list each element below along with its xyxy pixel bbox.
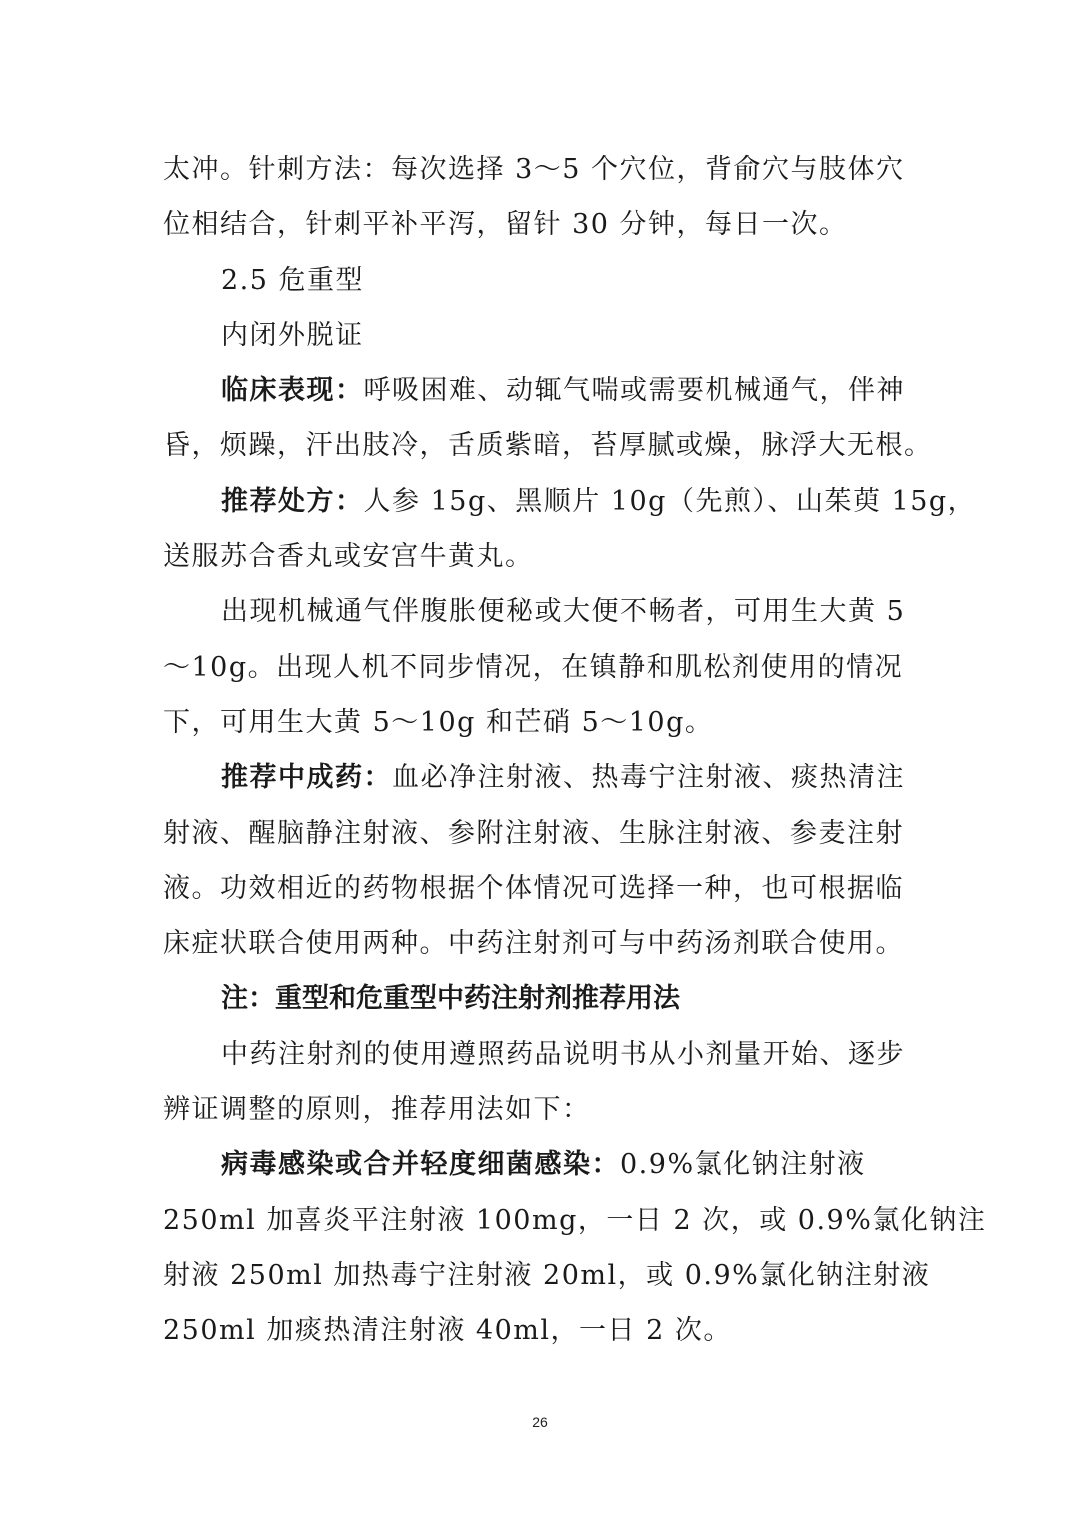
line-text: 位相结合，针刺平补平泻，留针 30 分钟，每日一次。 — [163, 209, 848, 240]
prescription-line: 推荐处方：人参 15g、黑顺片 10g（先煎）、山茱萸 15g， — [163, 474, 918, 529]
note-heading: 注：重型和危重型中药注射剂推荐用法 — [163, 971, 918, 1026]
body-line-14: 液。功效相近的药物根据个体情况可选择一种，也可根据临 — [163, 861, 918, 916]
section-title: 2.5 危重型 — [221, 265, 364, 296]
body-line-18: 辨证调整的原则，推荐用法如下： — [163, 1082, 918, 1137]
page-number: 26 — [0, 1414, 1080, 1430]
body-line-6: 昏，烦躁，汗出肢冷，舌质紫暗，苔厚腻或燥，脉浮大无根。 — [163, 418, 918, 473]
prescription-label: 推荐处方： — [221, 486, 364, 517]
body-line-22: 250ml 加痰热清注射液 40ml，一日 2 次。 — [163, 1303, 918, 1358]
line-text: 下，可用生大黄 5～10g 和芒硝 5～10g。 — [163, 707, 713, 738]
line-text: 呼吸困难、动辄气喘或需要机械通气，伴神 — [364, 375, 906, 406]
line-text: 250ml 加痰热清注射液 40ml，一日 2 次。 — [163, 1315, 732, 1346]
body-line-15: 床症状联合使用两种。中药注射剂可与中药汤剂联合使用。 — [163, 916, 918, 971]
patent-medicine-line: 推荐中成药：血必净注射液、热毒宁注射液、痰热清注 — [163, 750, 918, 805]
clinical-manifestation-label: 临床表现： — [221, 375, 364, 406]
line-text: 250ml 加喜炎平注射液 100mg，一日 2 次，或 0.9%氯化钠注 — [163, 1205, 986, 1236]
body-line-13: 射液、醒脑静注射液、参附注射液、生脉注射液、参麦注射 — [163, 806, 918, 861]
body-line-1: 太冲。针刺方法：每次选择 3～5 个穴位，背俞穴与肢体穴 — [163, 142, 918, 197]
syndrome-title: 内闭外脱证 — [163, 308, 918, 363]
line-text: 射液、醒脑静注射液、参附注射液、生脉注射液、参麦注射 — [163, 818, 904, 849]
body-line-20: 250ml 加喜炎平注射液 100mg，一日 2 次，或 0.9%氯化钠注 — [163, 1193, 918, 1248]
line-text: 床症状联合使用两种。中药注射剂可与中药汤剂联合使用。 — [163, 928, 904, 959]
viral-infection-line: 病毒感染或合并轻度细菌感染：0.9%氯化钠注射液 — [163, 1137, 918, 1192]
viral-infection-label: 病毒感染或合并轻度细菌感染： — [221, 1149, 620, 1180]
syndrome-name: 内闭外脱证 — [221, 320, 364, 351]
line-text: 液。功效相近的药物根据个体情况可选择一种，也可根据临 — [163, 873, 904, 904]
patent-medicine-label: 推荐中成药： — [221, 762, 392, 793]
line-text: 中药注射剂的使用遵照药品说明书从小剂量开始、逐步 — [221, 1039, 905, 1070]
line-text: 送服苏合香丸或安宫牛黄丸。 — [163, 541, 534, 572]
document-page: 太冲。针刺方法：每次选择 3～5 个穴位，背俞穴与肢体穴 位相结合，针刺平补平泻… — [163, 142, 918, 1359]
line-text: 太冲。针刺方法：每次选择 3～5 个穴位，背俞穴与肢体穴 — [163, 154, 905, 185]
line-text: 射液 250ml 加热毒宁注射液 20ml，或 0.9%氯化钠注射液 — [163, 1260, 930, 1291]
note-title: 注：重型和危重型中药注射剂推荐用法 — [221, 983, 680, 1014]
line-text: 昏，烦躁，汗出肢冷，舌质紫暗，苔厚腻或燥，脉浮大无根。 — [163, 430, 933, 461]
line-text: 人参 15g、黑顺片 10g（先煎）、山茱萸 15g， — [364, 486, 977, 517]
body-line-17: 中药注射剂的使用遵照药品说明书从小剂量开始、逐步 — [163, 1027, 918, 1082]
line-text: ～10g。出现人机不同步情况，在镇静和肌松剂使用的情况 — [163, 652, 903, 683]
body-line-21: 射液 250ml 加热毒宁注射液 20ml，或 0.9%氯化钠注射液 — [163, 1248, 918, 1303]
line-text: 0.9%氯化钠注射液 — [620, 1149, 866, 1180]
line-text: 出现机械通气伴腹胀便秘或大便不畅者，可用生大黄 5 — [221, 596, 905, 627]
line-text: 血必净注射液、热毒宁注射液、痰热清注 — [392, 762, 905, 793]
body-line-11: 下，可用生大黄 5～10g 和芒硝 5～10g。 — [163, 695, 918, 750]
section-heading-2-5: 2.5 危重型 — [163, 253, 918, 308]
body-line-10: ～10g。出现人机不同步情况，在镇静和肌松剂使用的情况 — [163, 640, 918, 695]
body-line-9: 出现机械通气伴腹胀便秘或大便不畅者，可用生大黄 5 — [163, 584, 918, 639]
body-line-8: 送服苏合香丸或安宫牛黄丸。 — [163, 529, 918, 584]
clinical-manifestation-line: 临床表现：呼吸困难、动辄气喘或需要机械通气，伴神 — [163, 363, 918, 418]
line-text: 辨证调整的原则，推荐用法如下： — [163, 1094, 591, 1125]
body-line-2: 位相结合，针刺平补平泻，留针 30 分钟，每日一次。 — [163, 197, 918, 252]
